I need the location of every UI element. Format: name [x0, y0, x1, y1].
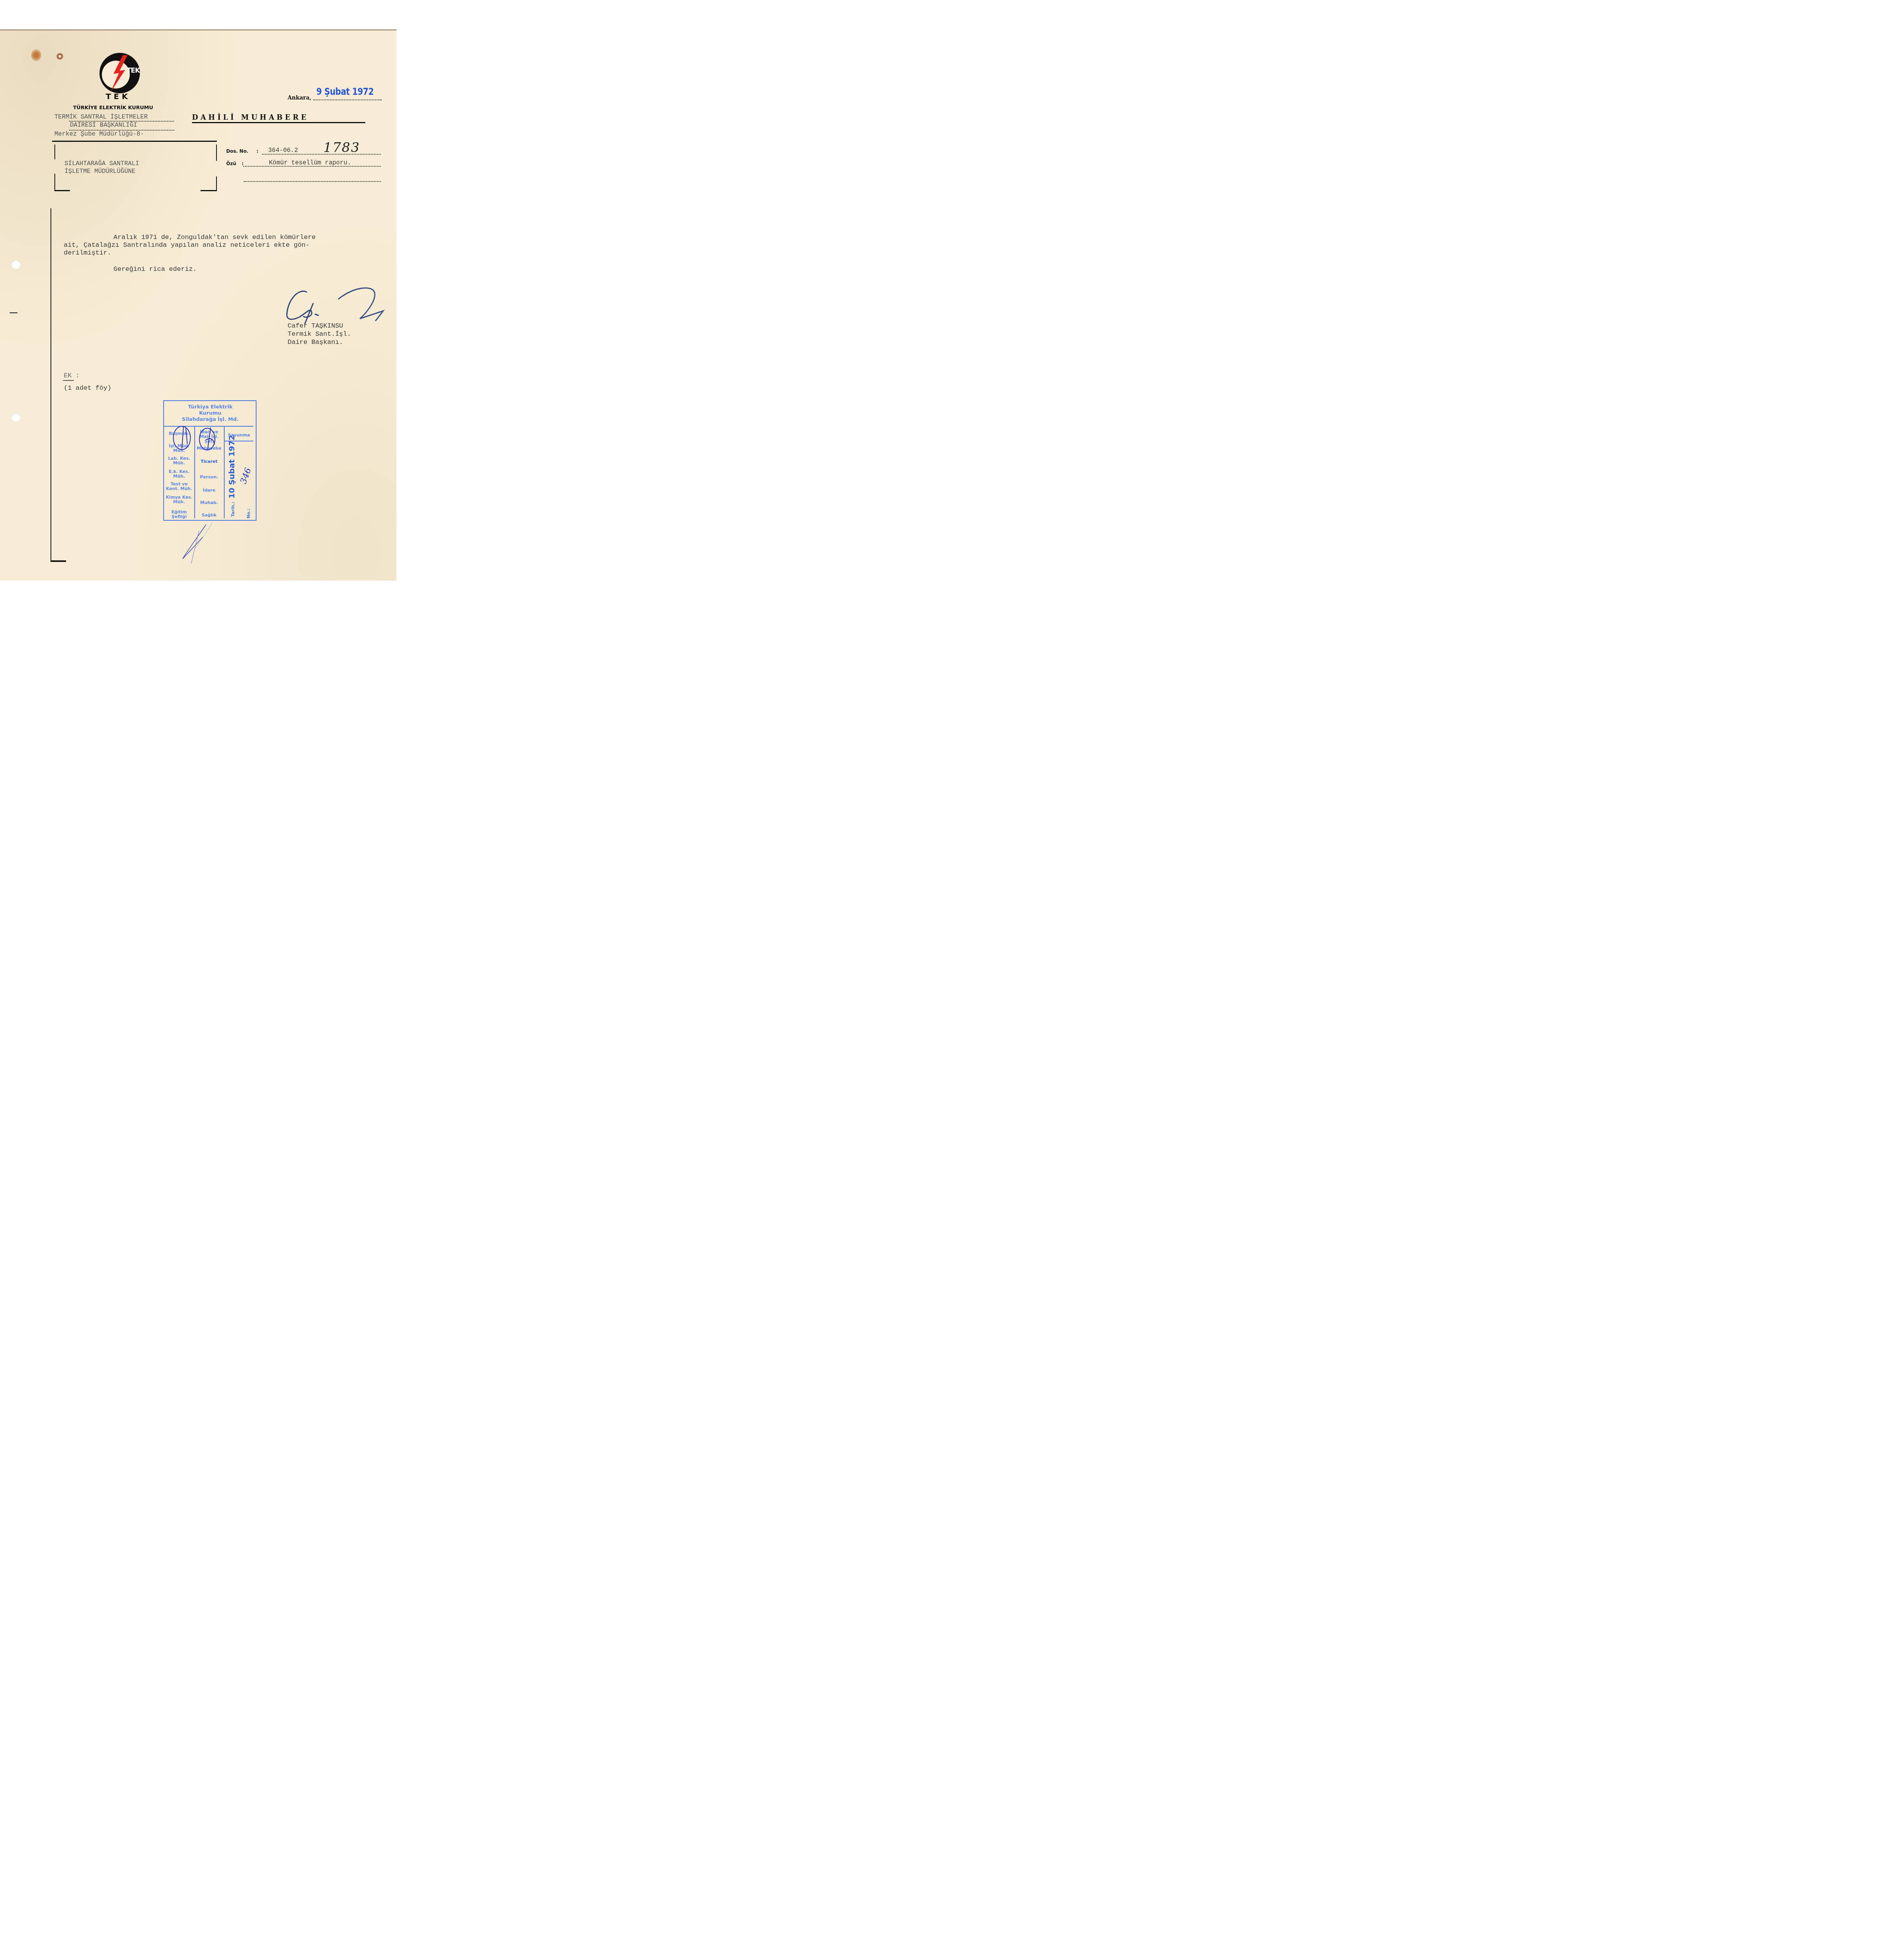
body-line-2: ait, Çatalağzı Santralında yapılan anali… — [64, 242, 310, 249]
attachment-value: (1 adet föy) — [64, 385, 111, 392]
body-line-3: derilmiştir. — [64, 249, 111, 257]
stamp-left-6: Eğitim Şefliği — [165, 510, 194, 519]
tek-logo: TEK — [99, 52, 141, 94]
stamp-header-1: Türkiya Elektrik — [177, 405, 243, 410]
recipient-line-1: SİLAHTARAĞA SANTRALI — [65, 160, 139, 167]
signature-icon — [284, 284, 389, 326]
stamp-mid-4: İdare — [195, 488, 223, 493]
stamp-date-label: Tarih.: — [230, 502, 236, 517]
fold-mark — [10, 312, 17, 313]
stamp-left-5: Kimya Kes. Müh. — [165, 495, 194, 504]
stamp-number-vertical: No.: — [245, 503, 252, 518]
blank-dotted-line — [244, 181, 381, 182]
box-top-rule — [52, 141, 217, 142]
department-line-3: Merkez Şube Müdürlüğü-8- — [54, 131, 144, 138]
handwritten-reference-number: 1783 — [323, 140, 360, 155]
rust-stain — [31, 49, 41, 61]
recipient-line-2: İŞLETME MÜDÜRLÜĞÜNE — [65, 168, 135, 175]
margin-rule — [51, 208, 51, 561]
department-line-2: DAİRESİ BAŞKANLIĞI — [70, 122, 137, 129]
date-dotted-line — [313, 99, 382, 100]
logo-tek-mark: TEK — [127, 67, 140, 75]
stamp-left-2: Lab. Kes. Müh. — [165, 456, 194, 466]
ozu-sep: : — [242, 161, 244, 166]
signatory-title-1: Termik Sant.İşl. — [288, 331, 351, 338]
box-left-foot — [54, 190, 70, 191]
initials-icon — [170, 424, 229, 452]
stamp-mid-2: Ticaret — [195, 459, 223, 464]
stamp-number-label: No.: — [246, 509, 251, 518]
date-stamp: 9 Şubat 1972 — [316, 86, 373, 97]
ozu-label: Özü — [226, 161, 236, 166]
receipt-stamp: Türkiya Elektrik Kurumu Silahdarağa İşl.… — [162, 400, 257, 521]
dos-no-label: Dos. No. — [226, 148, 248, 154]
city-label: Ankara, — [288, 95, 311, 101]
box-left-bracket — [54, 174, 55, 191]
department-line-1: TERMİK SANTRAL İŞLETMELER — [54, 113, 148, 120]
dos-no-sep: : — [257, 148, 258, 154]
attachment-underline — [63, 380, 74, 381]
dos-no-dotted-line — [262, 154, 381, 155]
stamp-header-3: Silahdarağa İşl. Md. — [177, 417, 243, 422]
box-right-foot — [201, 190, 217, 191]
punch-hole — [11, 413, 21, 422]
pen-mark-icon — [180, 522, 215, 564]
closing-line: Gereğini rica ederiz. — [113, 266, 197, 273]
rust-stain — [56, 53, 63, 60]
ozu-value: Kömür tesellüm raporu. — [269, 159, 351, 166]
dos-no-value: 364-06.2 — [268, 147, 298, 154]
stamp-left-3: E.k. Kes. Müh. — [165, 469, 194, 479]
box-left-bracket — [54, 145, 55, 159]
stamp-date-vertical: Tarih.: 10 Şubat 1972 — [227, 443, 236, 517]
title-underline — [192, 122, 365, 123]
document-title: D A H İ L İ M U H A B E R E — [192, 113, 306, 122]
body-line-1: Aralık 1971 de, Zonguldak'tan sevk edile… — [113, 234, 316, 241]
signatory-title-2: Daire Başkanı. — [288, 339, 343, 346]
punch-hole — [11, 261, 21, 269]
stamp-mid-5: Muhab. — [195, 501, 223, 505]
signatory-name: Cafer TAŞKINSU — [288, 323, 343, 330]
handwritten-signature — [284, 284, 389, 326]
stamp-header-2: Kurumu — [177, 411, 243, 416]
org-abbrev: T E K — [106, 92, 128, 101]
stamp-mid-6: Sağlık — [195, 513, 223, 518]
stamp-left-4: Test ve Kont. Müh. — [165, 482, 194, 491]
attachment-label: EK : — [64, 372, 80, 380]
box-right-bracket — [216, 145, 217, 161]
box-right-bracket — [216, 176, 217, 191]
margin-foot — [51, 560, 66, 562]
org-name: TÜRKİYE ELEKTRİK KURUMU — [73, 105, 153, 111]
stamp-mid-3: Person. — [195, 475, 223, 480]
